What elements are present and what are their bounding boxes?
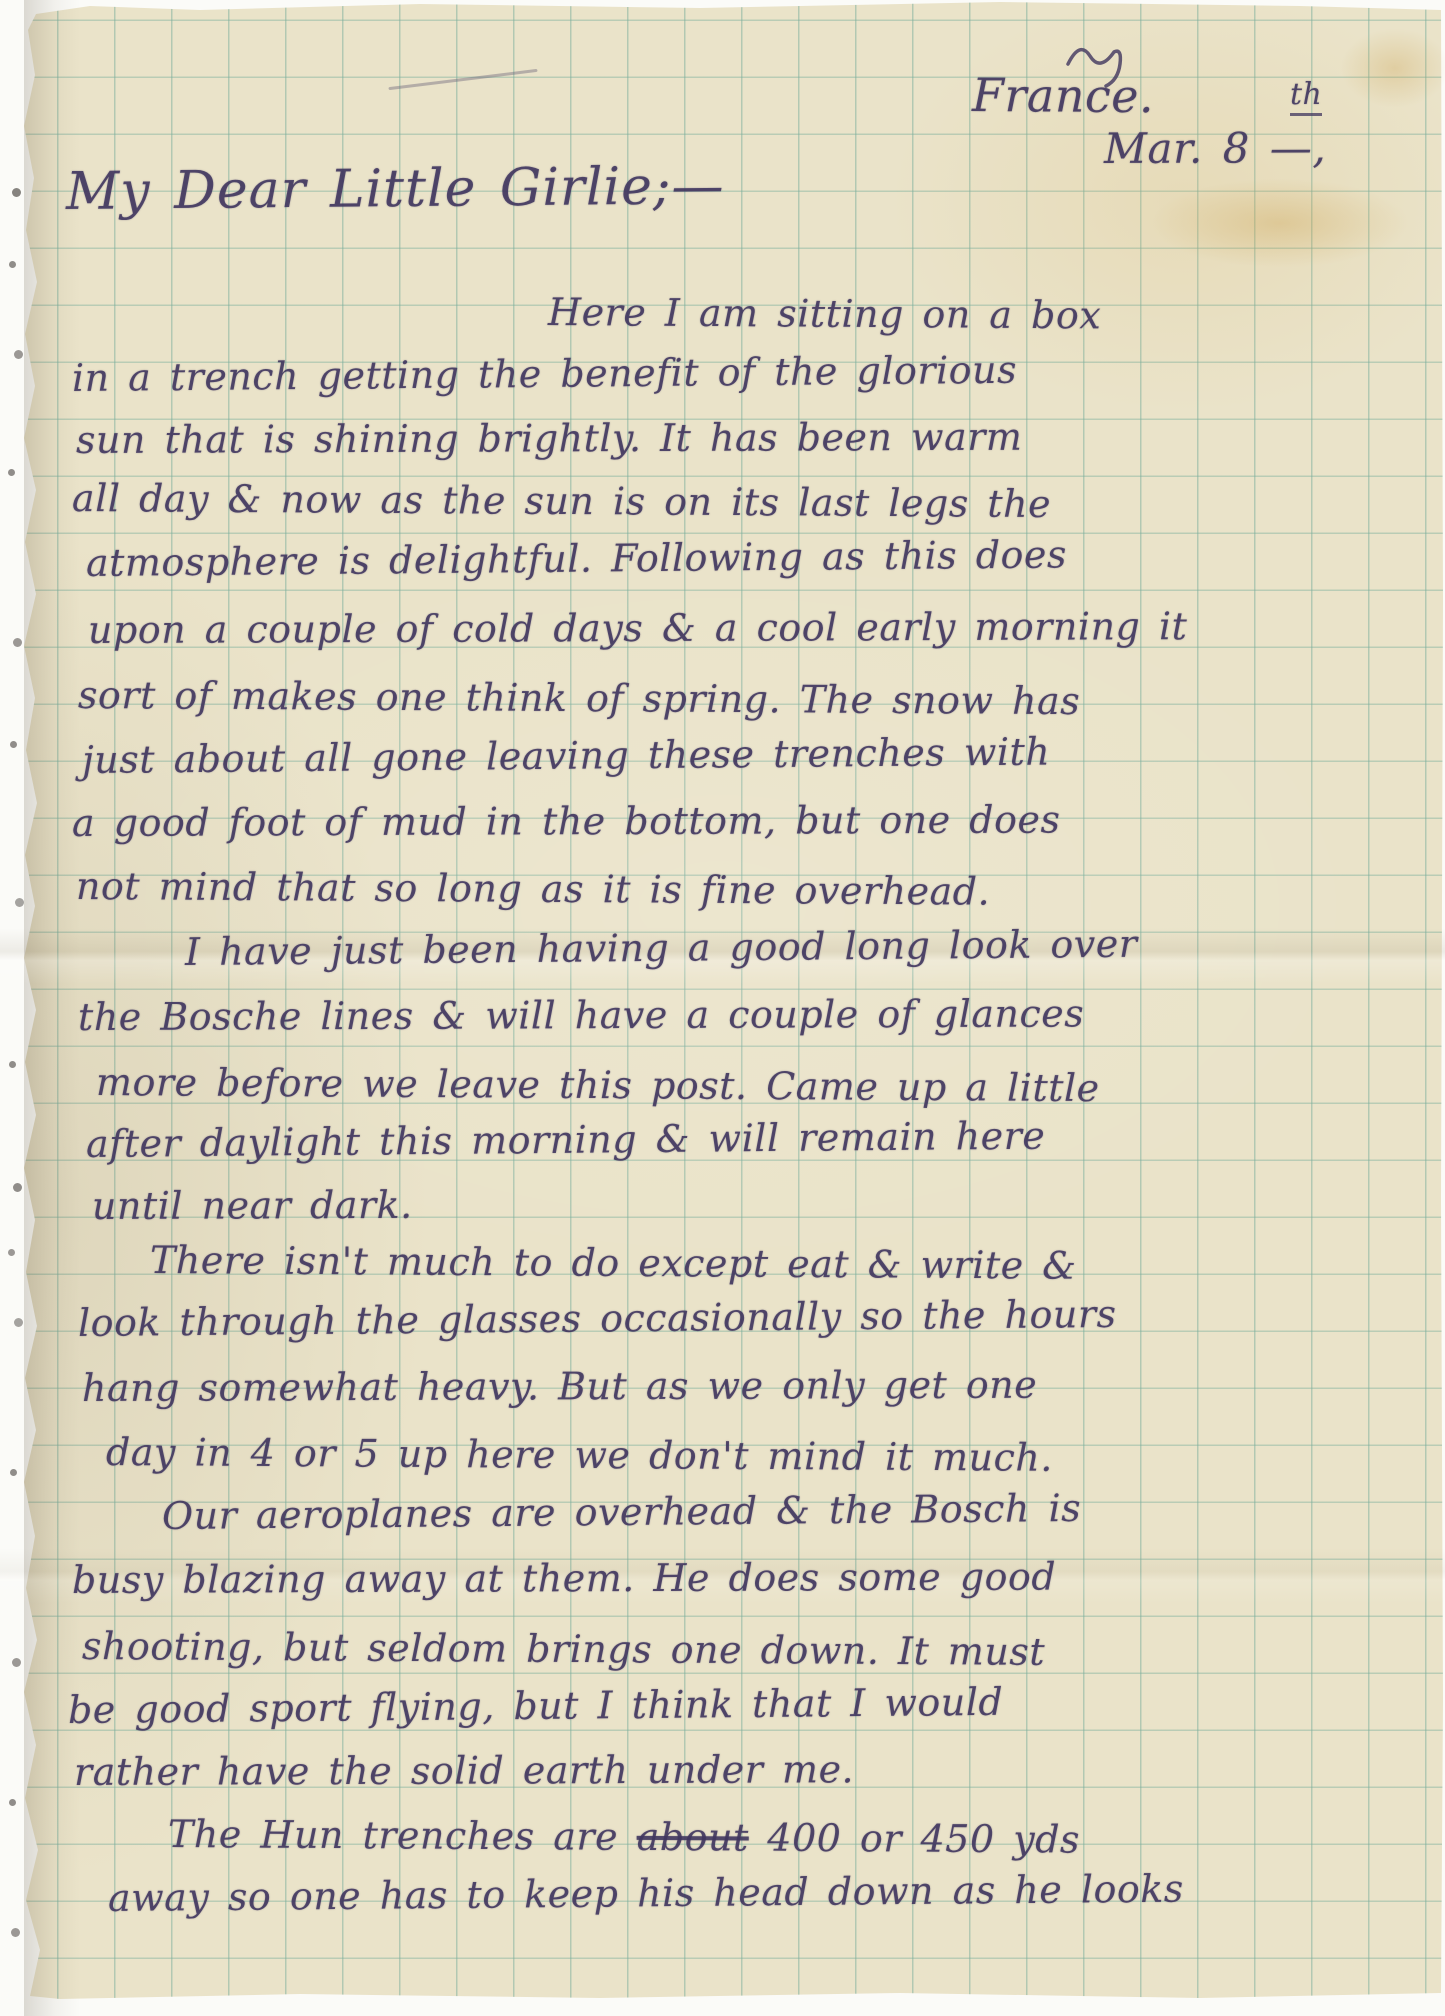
paper-stain — [1340, 28, 1445, 108]
paper-stain — [1150, 178, 1410, 268]
struck-word: about — [637, 1815, 749, 1860]
letter-line-16: There isn't much to do except eat & writ… — [150, 1240, 1077, 1287]
letter-line-17: look through the glasses occasionally so… — [78, 1294, 1117, 1345]
salutation: My Dear Little Girlie;— — [66, 158, 725, 221]
letter-line-23: be good sport flying, but I think that I… — [68, 1682, 1004, 1732]
letter-line-4: all day & now as the sun is on its last … — [72, 478, 1051, 526]
torn-edge-specks — [0, 0, 5, 5]
letter-line-11: I have just been having a good long look… — [185, 924, 1138, 974]
letter-line-5: atmosphere is delightful. Following as t… — [86, 534, 1067, 584]
heading-place: France. — [972, 70, 1154, 122]
heading-date-superscript: th — [1290, 78, 1322, 116]
heading-date: Mar. 8 —, — [1104, 125, 1326, 172]
letter-line-19: day in 4 or 5 up here we don't mind it m… — [106, 1432, 1053, 1480]
letter-photograph: France. th Mar. 8 —, My Dear Little Girl… — [0, 0, 1445, 2016]
letter-line-9: a good foot of mud in the bottom, but on… — [72, 800, 1061, 845]
letter-line-13: more before we leave this post. Came up … — [96, 1062, 1100, 1110]
letter-line-22: shooting, but seldom brings one down. It… — [82, 1626, 1045, 1674]
letter-line-8: just about all gone leaving these trench… — [82, 732, 1051, 782]
letter-line-24: rather have the solid earth under me. — [74, 1749, 854, 1794]
letter-line-25: The Hun trenches are about 400 or 450 yd… — [168, 1814, 1080, 1861]
letter-line-2: in a trench getting the benefit of the g… — [72, 350, 1017, 400]
letter-line-14: after daylight this morning & will remai… — [86, 1116, 1046, 1166]
letter-line-12: the Bosche lines & will have a couple of… — [78, 993, 1084, 1038]
letter-line-21: busy blazing away at them. He does some … — [72, 1557, 1056, 1602]
letter-line-15: until near dark. — [92, 1185, 413, 1228]
letter-line-10: not mind that so long as it is fine over… — [76, 866, 990, 913]
letter-line-6: upon a couple of cold days & a cool earl… — [88, 606, 1187, 652]
letter-line-3: sun that is shining brightly. It has bee… — [76, 417, 1023, 462]
line-25-post: 400 or 450 yds — [749, 1816, 1080, 1862]
letter-line-7: sort of makes one think of spring. The s… — [78, 675, 1080, 723]
letter-line-20: Our aeroplanes are overhead & the Bosch … — [162, 1488, 1081, 1538]
line-25-pre: The Hun trenches are — [168, 1812, 637, 1859]
letter-line-1: Here I am sitting on a box — [548, 292, 1101, 337]
letter-line-18: hang somewhat heavy. But as we only get … — [82, 1365, 1037, 1410]
